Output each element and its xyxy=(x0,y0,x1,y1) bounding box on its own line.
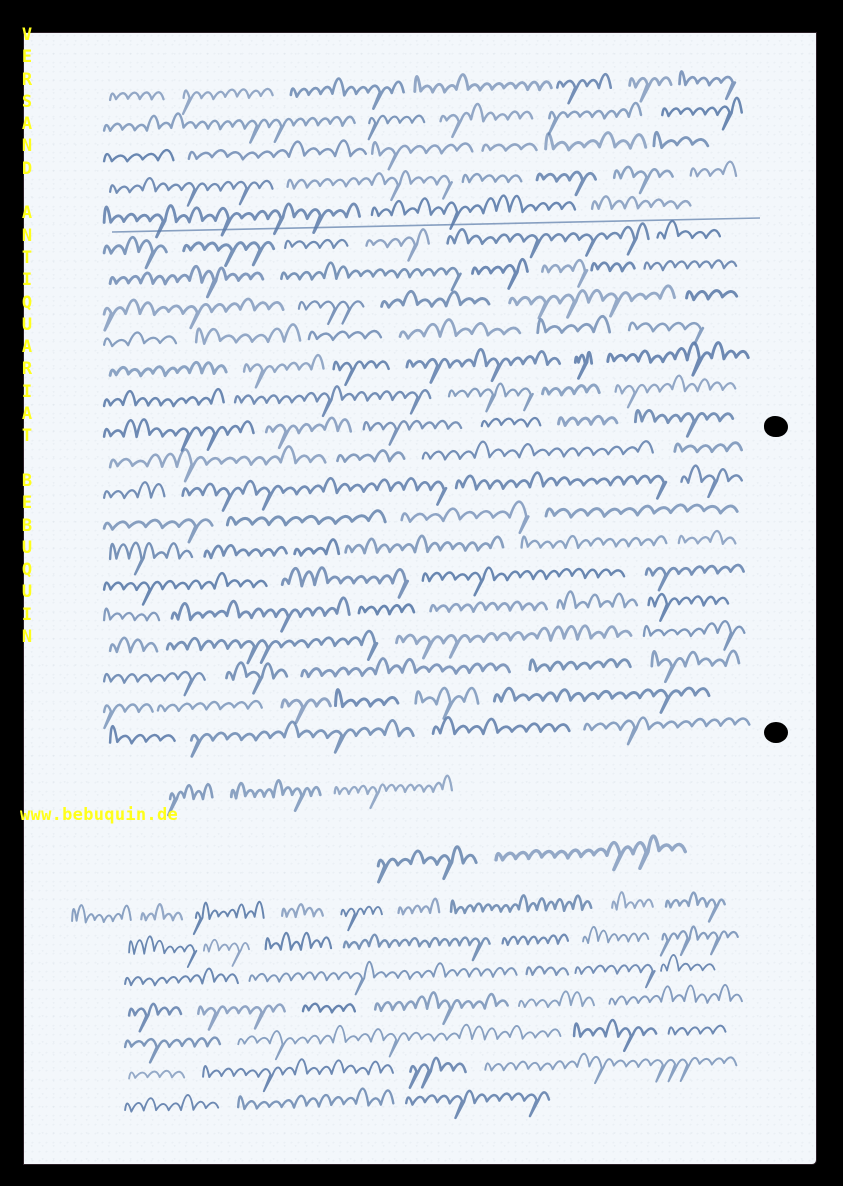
letter-body-line: stehen! Auch werde ich die Ange- xyxy=(104,411,549,445)
letter-signature: Fritz Mackensen xyxy=(378,840,599,874)
postscript-line: der Falle des Fuetzes oder Mannig- xyxy=(129,990,596,1024)
postscript-line: nicht reinigen konnte. xyxy=(125,1084,417,1118)
watermark-letter: U xyxy=(19,581,35,603)
punch-hole-top xyxy=(764,416,788,437)
watermark-letter: T xyxy=(19,247,35,269)
watermark-letter: Q xyxy=(19,292,35,314)
letter-body-line: ne politische Betaetigung ange- xyxy=(110,625,529,659)
watermark-letter: Q xyxy=(19,559,35,581)
letter-body-line: so steht es mit der Entlassung xyxy=(104,686,504,720)
watermark-letter: B xyxy=(19,515,35,537)
watermark-letter: N xyxy=(19,626,35,648)
letter-body-line: ten lassen, wenn es sich um xyxy=(104,135,473,169)
watermark-letter: A xyxy=(19,403,35,425)
letter-body-line: die Besetzung als Strafe fuer mei- xyxy=(104,594,553,628)
letter-body-line: Werfolge handelt, die man ich im xyxy=(110,166,547,200)
watermark-letter: R xyxy=(19,358,35,380)
watermark-letter: R xyxy=(19,69,35,91)
watermark-letter: U xyxy=(19,314,35,336)
watermark-letter: E xyxy=(19,492,35,514)
letter-body-line: Auf Herrn Stegge vorfuer ich zu den xyxy=(110,74,593,108)
letter-body-line: meines Haeuschen, soll mir drofa- xyxy=(104,380,556,414)
watermark-letter: A xyxy=(19,113,35,135)
letter-body-line: der Muesterliste aufrollen. Ich xyxy=(104,472,508,506)
watermark-letter: I xyxy=(19,381,35,403)
watermark-letter: U xyxy=(19,537,35,559)
watermark-letter: E xyxy=(19,46,35,68)
postscript-line: che, die Post verlassen hat, noch nicht xyxy=(129,927,636,961)
postscript-line: P.S. Bis jetzt ist mir der Schluessel de… xyxy=(72,895,649,929)
watermark-letter: T xyxy=(19,425,35,447)
letter-body-line: sehen und bezeichnet wird. Aber xyxy=(104,655,539,689)
letter-body-line: kann Zeugen genug anbrin- xyxy=(104,502,470,536)
letter-body-line: gen, dass in hiesigen Kreisen die xyxy=(110,533,545,567)
letter-body-line: gesagt hat, ich brauchte 2 Zhungen xyxy=(110,349,582,383)
watermark-letter: N xyxy=(19,225,35,247)
letter-body-line: Auftrage mit Herrn Schacke zu xyxy=(104,288,516,322)
postscript-line: wieder ausgehaendigt. Es sind die xyxy=(125,958,579,992)
watermark-letter xyxy=(19,180,35,202)
letter-body-line: Kuenstlungen, die alles nicht gel- xyxy=(104,105,545,139)
letter-body-line: mir kam. Der Mann, der mir xyxy=(104,319,477,353)
letter-body-line: Belegung meines Haeuschens durch xyxy=(104,564,585,598)
letter-closing: Mit besten Gruessen xyxy=(170,773,444,807)
letter-body-line: legenheit der Streichung von xyxy=(110,441,496,475)
watermark-letter: I xyxy=(19,269,35,291)
punch-hole-bottom xyxy=(764,722,788,743)
watermark-letter: D xyxy=(19,158,35,180)
watermark-letter: A xyxy=(19,336,35,358)
watermark-letter: S xyxy=(19,91,35,113)
postscript-line: teile zurueckgefallen, weil ich xyxy=(125,1021,521,1055)
watermark-letter: N xyxy=(19,135,35,157)
letter-body-line: Ausdruck gebracht, als er in Ihren xyxy=(110,258,565,292)
watermark-url: www.bebuquin.de xyxy=(20,805,178,825)
watermark-letter: I xyxy=(19,604,35,626)
watermark-letter: B xyxy=(19,470,35,492)
watermark-letter: V xyxy=(19,24,35,46)
letter-body-line: des Wohnteiles meines Hauses. xyxy=(110,717,525,751)
watermark-letter: A xyxy=(19,202,35,224)
watermark-letter xyxy=(19,448,35,470)
postscript-line: aus Wohlwissen das Lagerversehen xyxy=(129,1053,597,1087)
watermark-vertical: VERSAND ANTIQUARIAT BEBUQUIN xyxy=(19,24,35,648)
letter-body-line: Ich habe ihm das naechlich zum xyxy=(104,227,528,261)
letter-body-line: Niederrachen auffaellig sind. xyxy=(104,196,489,230)
